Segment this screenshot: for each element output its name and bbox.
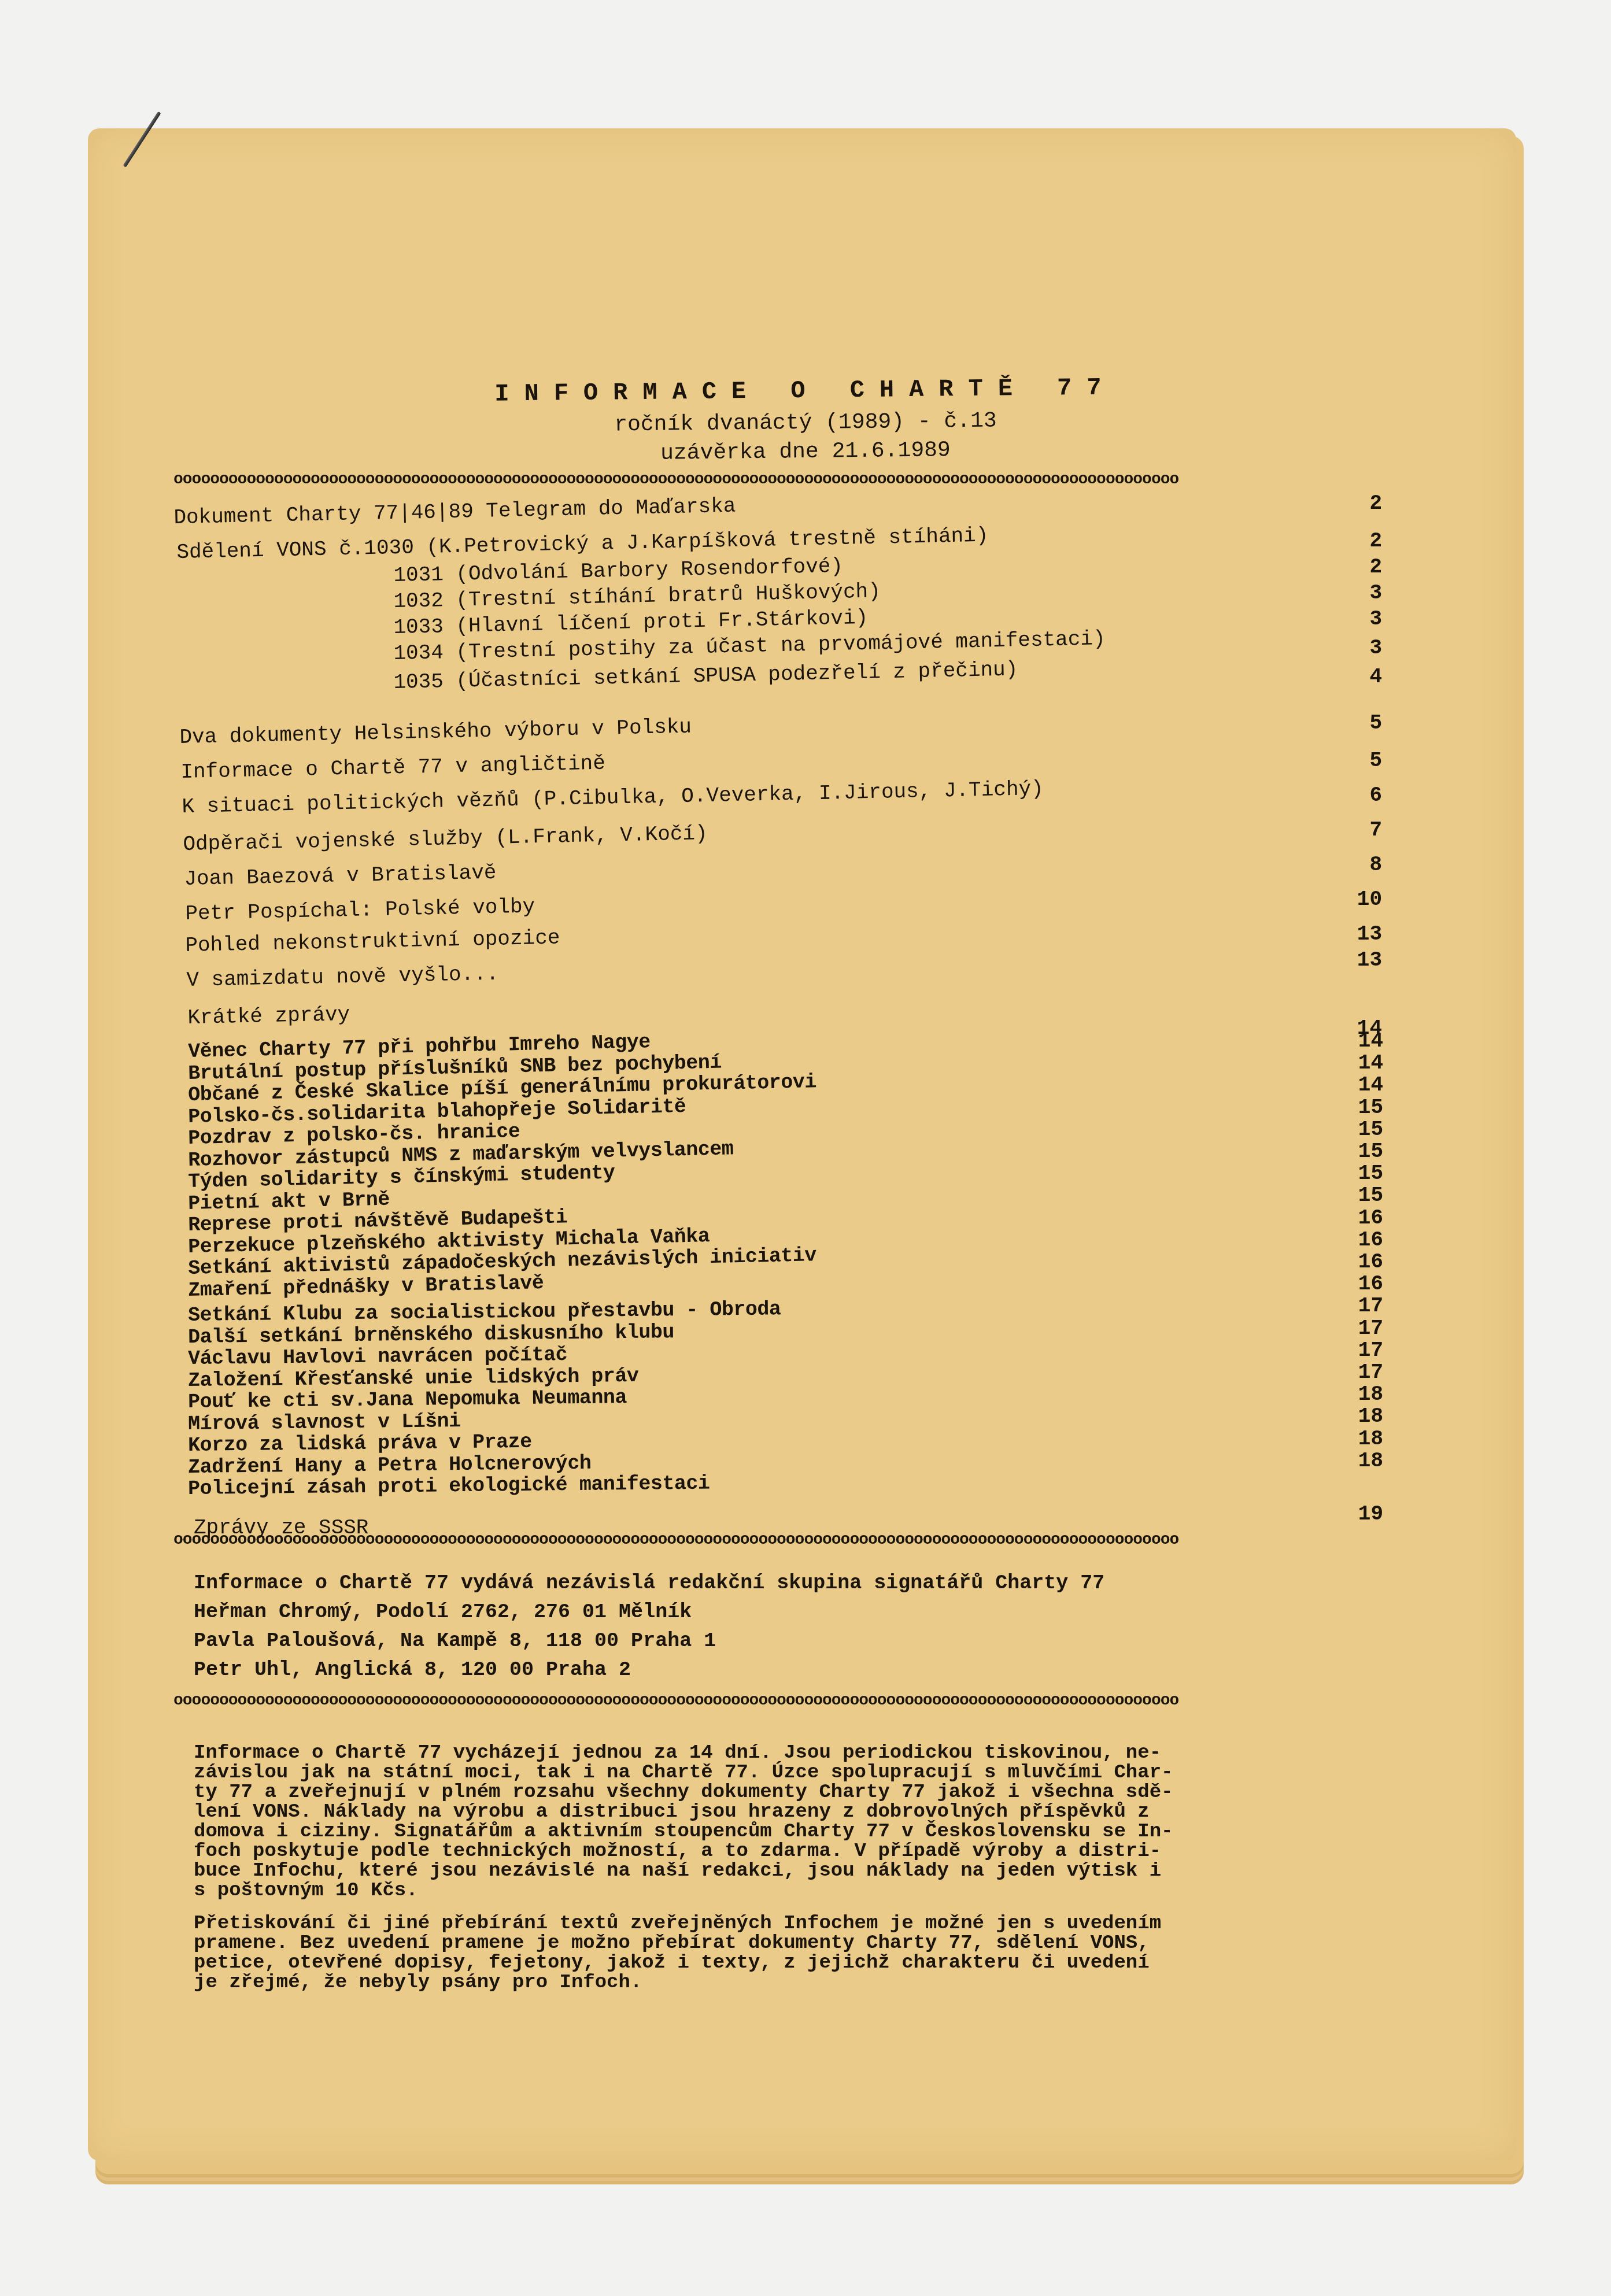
notice-line: pramene. Bez uvedení pramene je možno př… [194, 1933, 1385, 1953]
notice-line: lení VONS. Náklady na výrobu a distribuc… [194, 1802, 1385, 1822]
toc-page-number: 5 [1330, 711, 1382, 735]
address-line: Petr Uhl, Anglická 8, 120 00 Praha 2 [194, 1658, 1104, 1687]
toc-page-number: 16 [1331, 1272, 1383, 1296]
toc-page-number: 13 [1330, 948, 1382, 972]
notice-line: petice, otevřené dopisy, fejetony, jakož… [194, 1953, 1385, 1973]
notice-line: Informace o Chartě 77 vycházejí jednou z… [194, 1743, 1385, 1763]
toc-page-number: 17 [1331, 1339, 1383, 1362]
toc-page-number: 15 [1331, 1184, 1383, 1207]
toc-entry-label: Pouť ke cti sv.Jana Nepomuka Neumanna [188, 1386, 627, 1414]
notice-paragraph-2: Přetiskování či jiné přebírání textů zve… [194, 1914, 1385, 1992]
toc-page-number: 4 [1330, 665, 1382, 689]
notice-line: domova i ciziny. Signatářům a aktivním s… [194, 1822, 1385, 1842]
separator-bottom: oooooooooooooooooooooooooooooooooooooooo… [173, 1694, 1382, 1708]
toc-page-number: 16 [1331, 1206, 1383, 1230]
notice-line: s poštovným 10 Kčs. [194, 1881, 1385, 1901]
toc-page-number: 18 [1331, 1404, 1383, 1428]
separator-top: oooooooooooooooooooooooooooooooooooooooo… [173, 473, 1382, 487]
publisher-block: Informace o Chartě 77 vydává nezávislá r… [194, 1572, 1104, 1687]
toc-page-number: 18 [1331, 1427, 1383, 1451]
publisher-statement: Informace o Chartě 77 vydává nezávislá r… [194, 1572, 1104, 1600]
toc-page-number: 8 [1330, 853, 1382, 877]
toc-page-number: 5 [1330, 749, 1382, 772]
toc-page-number: 2 [1330, 529, 1382, 553]
toc-page-number: 16 [1331, 1250, 1383, 1274]
toc-page-number: 7 [1330, 818, 1382, 842]
notice-line: Přetiskování či jiné přebírání textů zve… [194, 1914, 1385, 1933]
toc-page-number: 3 [1330, 581, 1382, 605]
toc-page-number: 17 [1331, 1317, 1383, 1340]
notice-line: ty 77 a zveřejnují v plném rozsahu všech… [194, 1783, 1385, 1802]
toc-page-number: 10 [1330, 888, 1382, 911]
toc-entry-label: Krátké zprávy [187, 1003, 350, 1030]
toc-page-number: 14 [1331, 1073, 1383, 1097]
toc-page-number: 17 [1331, 1360, 1383, 1384]
toc-page-number: 2 [1330, 555, 1382, 579]
toc-page-number: 3 [1330, 636, 1382, 660]
toc-page-number: 15 [1331, 1096, 1383, 1119]
toc-page-number: 2 [1330, 491, 1382, 515]
toc-page-number: 18 [1331, 1382, 1383, 1406]
notice-paragraph-1: Informace o Chartě 77 vycházejí jednou z… [194, 1743, 1385, 1901]
separator-middle: oooooooooooooooooooooooooooooooooooooooo… [173, 1533, 1382, 1547]
notice-line: foch poskytuje podle technických možnost… [194, 1842, 1385, 1861]
address-line: Heřman Chromý, Podolí 2762, 276 01 Mělní… [194, 1600, 1104, 1629]
notice-line: závislou jak na státní moci, tak i na Ch… [194, 1763, 1385, 1783]
toc-page-number: 15 [1331, 1118, 1383, 1141]
toc-page-number: 3 [1330, 607, 1382, 631]
address-line: Pavla Paloušová, Na Kampě 8, 118 00 Prah… [194, 1629, 1104, 1658]
toc-page-number: 17 [1331, 1294, 1383, 1318]
notice-line: je zřejmé, že nebyly psány pro Infoch. [194, 1973, 1385, 1992]
toc-page-number: 15 [1331, 1140, 1383, 1163]
toc-page-number: 14 [1331, 1051, 1383, 1075]
toc-page-number: 14 [1331, 1029, 1383, 1053]
toc-page-number: 16 [1331, 1228, 1383, 1252]
toc-page-number: 15 [1331, 1162, 1383, 1185]
notice-line: buce Infochu, které jsou nezávislé na na… [194, 1861, 1385, 1881]
toc-page-number: 13 [1330, 922, 1382, 946]
toc-page-number: 18 [1331, 1449, 1383, 1473]
toc-page-number: 19 [1331, 1502, 1383, 1526]
toc-page-number: 6 [1330, 783, 1382, 807]
